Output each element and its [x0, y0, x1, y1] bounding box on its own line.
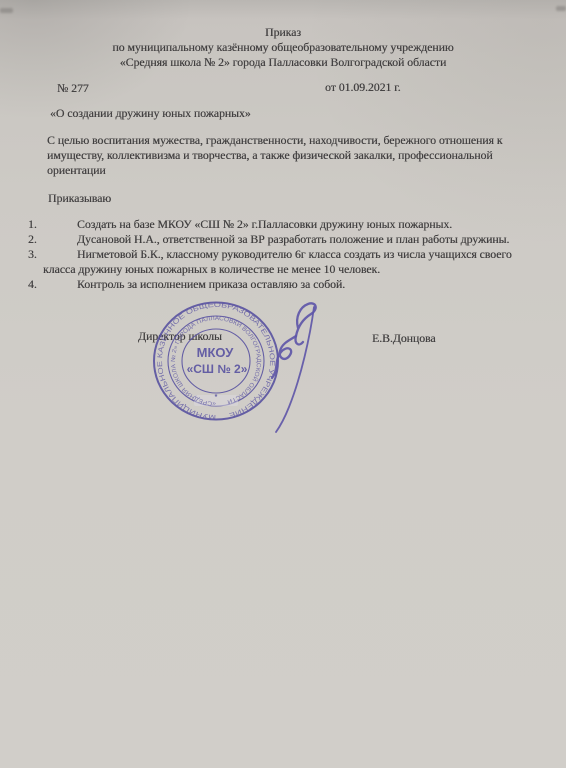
- stamp-center-school-number: «СШ № 2»: [187, 362, 248, 376]
- item-text-continued: класса дружину юных пожарных в количеств…: [43, 262, 380, 277]
- document-title: Приказ: [0, 25, 566, 40]
- stamp-bottom-star: *: [215, 394, 218, 401]
- signature-top-loop: [296, 303, 316, 344]
- item-number: 1.: [28, 217, 37, 232]
- order-subject: «О создании дружину юных пожарных»: [50, 106, 251, 121]
- order-verb: Приказываю: [48, 191, 111, 206]
- signature-middle-curl: [272, 336, 296, 378]
- scanned-order-document: Приказ по муниципальному казённому общео…: [0, 0, 566, 768]
- item-text: Нигметовой Б.К., классному руководителю …: [77, 247, 512, 262]
- item-text: Создать на базе МКОУ «СШ № 2» г.Палласов…: [77, 217, 452, 232]
- organization-line2: «Средняя школа № 2» города Палласовки Во…: [0, 55, 566, 70]
- organization-line1: по муниципальному казённому общеобразова…: [0, 40, 566, 55]
- signature-ink-graphic: [240, 295, 340, 440]
- director-signature: [240, 295, 340, 440]
- purpose-line: С целью воспитания мужества, гражданстве…: [47, 133, 502, 148]
- stamp-center-abbreviation: МКОУ: [197, 345, 235, 360]
- item-text: Контроль за исполнением приказа оставляю…: [77, 277, 345, 292]
- signature-tail-stroke: [276, 307, 314, 432]
- purpose-line: имуществу, коллективизма и творчества, а…: [47, 148, 493, 163]
- item-number: 3.: [28, 247, 37, 262]
- item-text: Дусановой Н.А., ответственной за ВР разр…: [77, 232, 509, 247]
- order-date: от 01.09.2021 г.: [325, 80, 401, 95]
- scan-artifact-left: [0, 8, 13, 13]
- director-name: Е.В.Донцова: [372, 331, 436, 346]
- scan-artifact-right: [556, 6, 566, 11]
- item-number: 4.: [28, 277, 37, 292]
- item-number: 2.: [28, 232, 37, 247]
- purpose-line: ориентации: [47, 163, 106, 178]
- order-number: № 277: [57, 81, 89, 96]
